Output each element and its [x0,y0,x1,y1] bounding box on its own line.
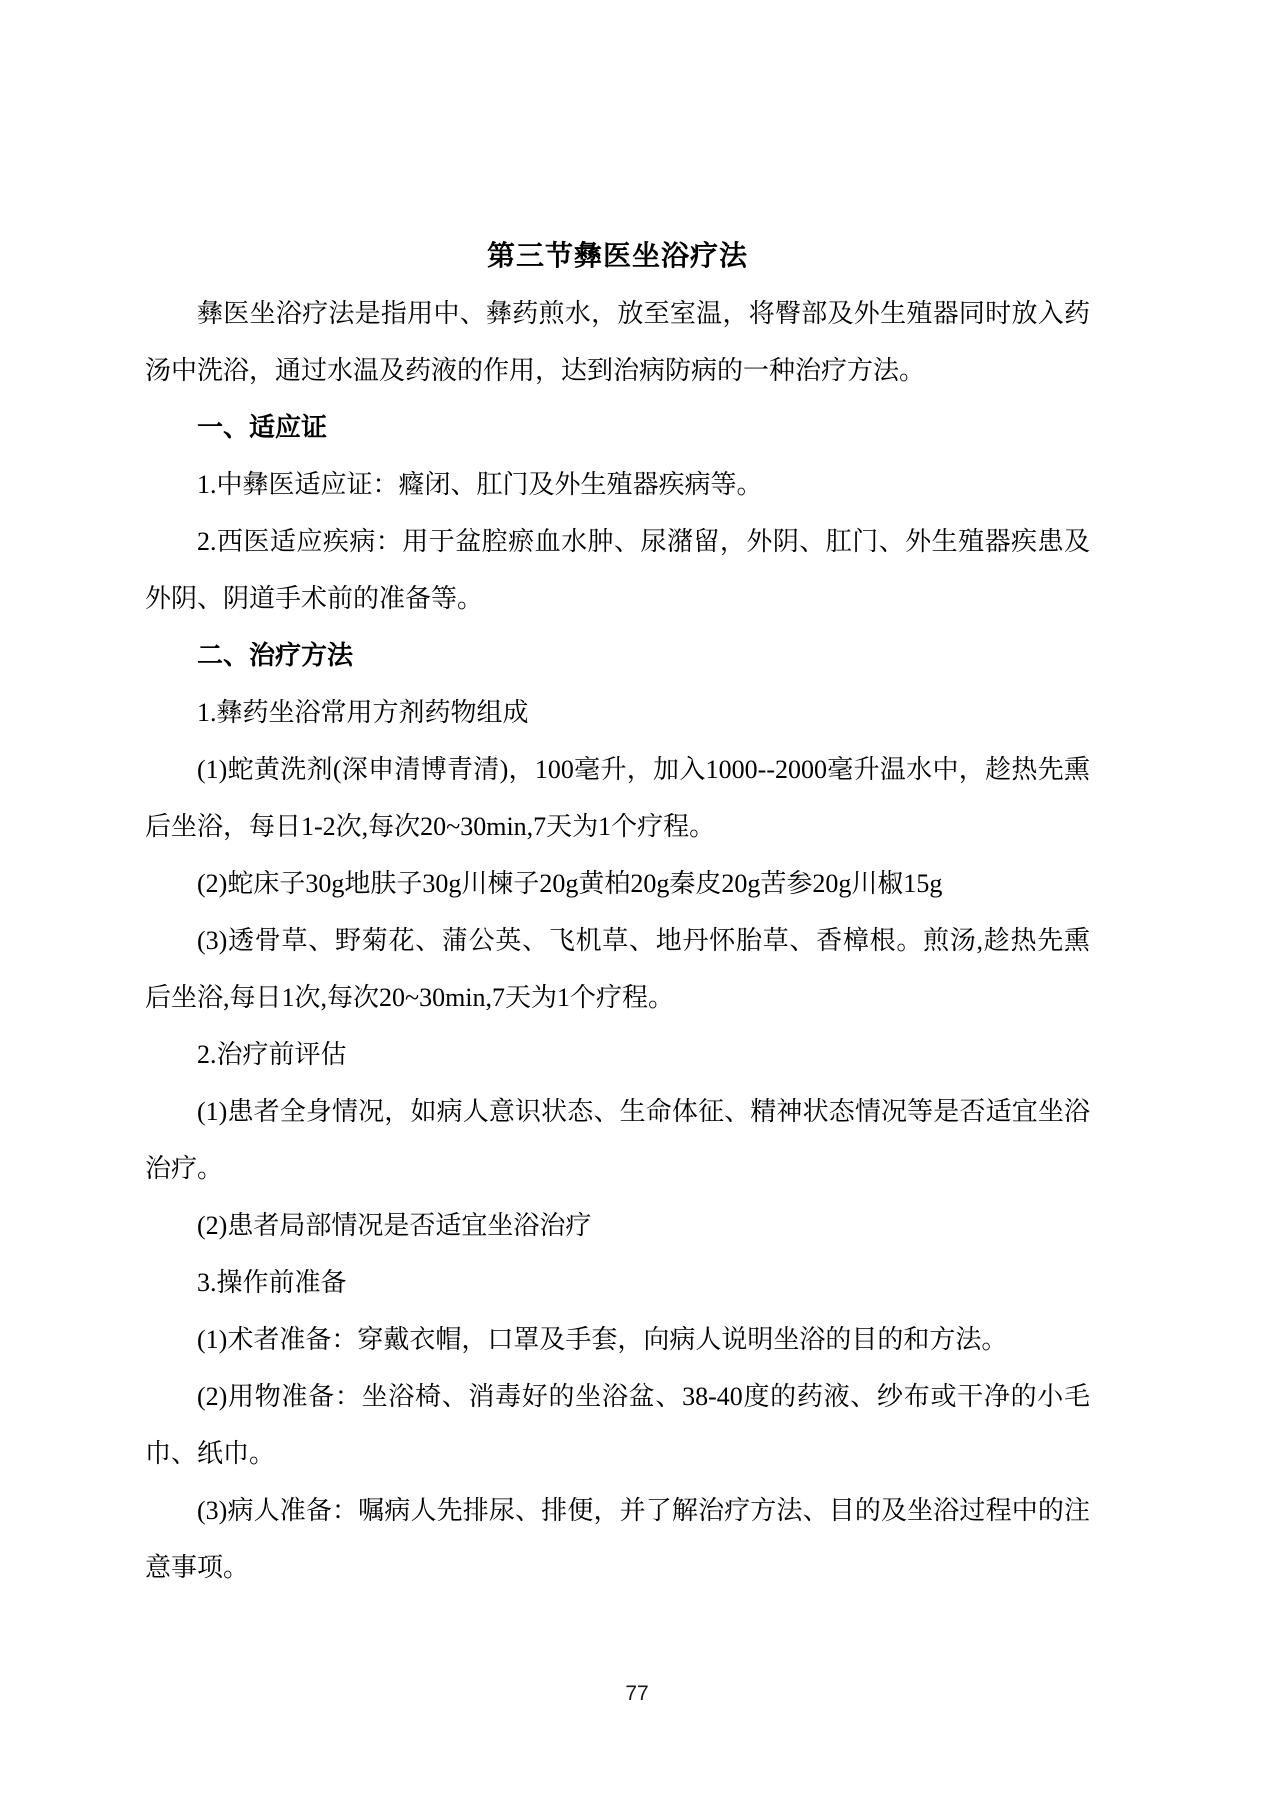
body-paragraph: 3.操作前准备 [145,1254,1090,1311]
body-paragraph: 1.中彝医适应证：癃闭、肛门及外生殖器疾病等。 [145,456,1090,513]
document-body: 彝医坐浴疗法是指用中、彝药煎水，放至室温，将臀部及外生殖器同时放入药汤中洗浴，通… [145,285,1090,1596]
body-paragraph: (2)蛇床子30g地肤子30g川楝子20g黄柏20g秦皮20g苦参20g川椒15… [145,855,1090,912]
body-paragraph: 彝医坐浴疗法是指用中、彝药煎水，放至室温，将臀部及外生殖器同时放入药汤中洗浴，通… [145,285,1090,399]
body-paragraph: (2)患者局部情况是否适宜坐浴治疗 [145,1197,1090,1254]
body-paragraph: (3)病人准备：嘱病人先排尿、排便，并了解治疗方法、目的及坐浴过程中的注意事项。 [145,1482,1090,1596]
body-paragraph: (1)蛇黄洗剂(深申清博青清)，100毫升，加入1000--2000毫升温水中，… [145,741,1090,855]
page-number: 77 [625,1682,648,1705]
body-paragraph: (3)透骨草、野菊花、蒲公英、飞机草、地丹怀胎草、香樟根。煎汤,趁热先熏后坐浴,… [145,912,1090,1026]
body-paragraph: 2.治疗前评估 [145,1026,1090,1083]
body-paragraph: 2.西医适应疾病：用于盆腔瘀血水肿、尿潴留，外阴、肛门、外生殖器疾患及外阴、阴道… [145,513,1090,627]
document-page: 第三节彝医坐浴疗法 彝医坐浴疗法是指用中、彝药煎水，放至室温，将臀部及外生殖器同… [0,0,1274,1801]
page-footer: 77 [0,1682,1274,1706]
body-paragraph: (1)术者准备：穿戴衣帽，口罩及手套，向病人说明坐浴的目的和方法。 [145,1311,1090,1368]
page-title: 第三节彝医坐浴疗法 [145,228,1090,285]
section-heading: 二、治疗方法 [145,627,1090,684]
body-paragraph: (1)患者全身情况，如病人意识状态、生命体征、精神状态情况等是否适宜坐浴治疗。 [145,1083,1090,1197]
document-content: 第三节彝医坐浴疗法 彝医坐浴疗法是指用中、彝药煎水，放至室温，将臀部及外生殖器同… [145,228,1090,1596]
body-paragraph: (2)用物准备：坐浴椅、消毒好的坐浴盆、38-40度的药液、纱布或干净的小毛巾、… [145,1368,1090,1482]
body-paragraph: 1.彝药坐浴常用方剂药物组成 [145,684,1090,741]
section-heading: 一、适应证 [145,399,1090,456]
